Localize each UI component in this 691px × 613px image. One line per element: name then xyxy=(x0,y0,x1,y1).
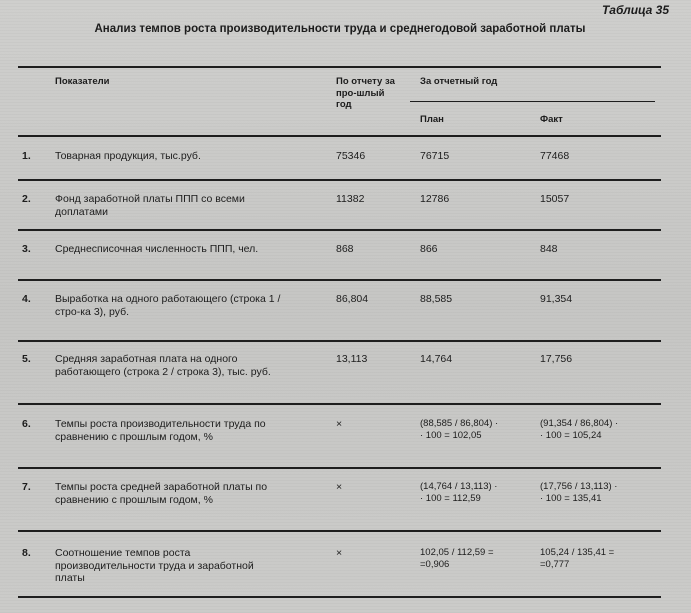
row-fact-value: 15057 xyxy=(540,193,630,206)
header-indicators: Показатели xyxy=(55,76,109,88)
row-previous-value: 13,113 xyxy=(336,353,426,366)
row-label: Темпы роста производительности труда по … xyxy=(55,418,285,443)
row-plan-value: 88,585 xyxy=(420,293,510,306)
row-number: 5. xyxy=(22,353,42,366)
row-divider xyxy=(18,596,661,598)
row-previous-value: 86,804 xyxy=(336,293,426,306)
header-current-year: За отчетный год xyxy=(420,76,497,88)
row-number: 6. xyxy=(22,418,42,431)
row-fact-value: 77468 xyxy=(540,150,630,163)
row-label: Темпы роста средней заработной платы по … xyxy=(55,481,285,506)
row-divider xyxy=(18,279,661,281)
row-number: 3. xyxy=(22,243,42,256)
row-fact-value: 17,756 xyxy=(540,353,630,366)
row-label: Соотношение темпов роста производительно… xyxy=(55,547,285,585)
row-plan-value: 12786 xyxy=(420,193,510,206)
row-divider xyxy=(18,403,661,405)
row-label: Среднесписочная численность ППП, чел. xyxy=(55,243,285,256)
row-previous-value: × xyxy=(336,418,426,431)
row-divider xyxy=(18,340,661,342)
row-divider xyxy=(18,530,661,532)
table-title: Анализ темпов роста производительности т… xyxy=(60,22,620,36)
row-divider xyxy=(18,229,661,231)
header-bottom-rule xyxy=(18,135,661,137)
header-plan: План xyxy=(420,114,444,126)
row-fact-value: (91,354 / 86,804) ·· 100 = 105,24 xyxy=(540,418,640,441)
row-divider xyxy=(18,179,661,181)
row-plan-value: 102,05 / 112,59 ==0,906 xyxy=(420,547,520,570)
table-number: Таблица 35 xyxy=(602,3,669,17)
header-subrule xyxy=(410,101,655,102)
row-fact-value: (17,756 / 13,113) ·· 100 = 135,41 xyxy=(540,481,640,504)
row-fact-value: 848 xyxy=(540,243,630,256)
row-previous-value: 868 xyxy=(336,243,426,256)
row-divider xyxy=(18,467,661,469)
header-previous-year: По отчету за про-шлый год xyxy=(336,76,398,111)
row-plan-value: 866 xyxy=(420,243,510,256)
row-number: 8. xyxy=(22,547,42,560)
row-number: 2. xyxy=(22,193,42,206)
top-rule xyxy=(18,66,661,68)
row-fact-value: 91,354 xyxy=(540,293,630,306)
row-plan-value: (14,764 / 13,113) ·· 100 = 112,59 xyxy=(420,481,520,504)
row-number: 4. xyxy=(22,293,42,306)
row-label: Средняя заработная плата на одного работ… xyxy=(55,353,285,378)
row-previous-value: × xyxy=(336,481,426,494)
row-label: Фонд заработной платы ППП со всеми допла… xyxy=(55,193,285,218)
row-number: 1. xyxy=(22,150,42,163)
row-plan-value: (88,585 / 86,804) ·· 100 = 102,05 xyxy=(420,418,520,441)
row-label: Товарная продукция, тыс.руб. xyxy=(55,150,285,163)
row-plan-value: 14,764 xyxy=(420,353,510,366)
document-page: Таблица 35 Анализ темпов роста производи… xyxy=(0,0,691,613)
row-previous-value: 11382 xyxy=(336,193,426,206)
row-fact-value: 105,24 / 135,41 ==0,777 xyxy=(540,547,640,570)
row-label: Выработка на одного работающего (строка … xyxy=(55,293,285,318)
header-fact: Факт xyxy=(540,114,563,126)
row-previous-value: × xyxy=(336,547,426,560)
row-number: 7. xyxy=(22,481,42,494)
row-plan-value: 76715 xyxy=(420,150,510,163)
row-previous-value: 75346 xyxy=(336,150,426,163)
